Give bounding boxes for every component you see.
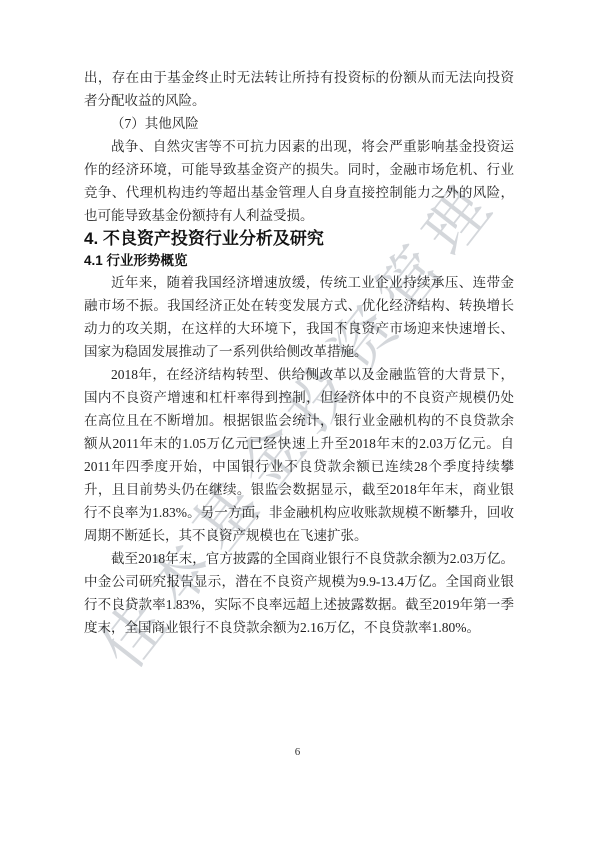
continuation-paragraph: 出，存在由于基金终止时无法转让所持有投资标的份额从而无法向投资者分配收益的风险。 xyxy=(84,66,514,112)
page-number: 6 xyxy=(0,746,595,758)
npl-2018-paragraph: 2018年，在经济结构转型、供给侧改革以及金融监管的大背景下，国内不良资产增速和… xyxy=(84,363,514,547)
other-risks-paragraph: 战争、自然灾害等不可抗力因素的出现，将会严重影响基金投资运作的经济环境，可能导致… xyxy=(84,135,514,227)
npl-disclosure-paragraph: 截至2018年末，官方披露的全国商业银行不良贷款余额为2.03万亿。中金公司研究… xyxy=(84,547,514,639)
subsection-heading: 4.1 行业形势概览 xyxy=(84,251,514,271)
industry-overview-paragraph: 近年来，随着我国经济增速放缓，传统工业企业持续承压、连带金融市场不振。我国经济正… xyxy=(84,271,514,363)
section-heading: 4. 不良资产投资行业分析及研究 xyxy=(84,227,514,251)
document-page: 佳本基金投资管理 出，存在由于基金终止时无法转让所持有投资标的份额从而无法向投资… xyxy=(0,0,595,842)
document-body: 出，存在由于基金终止时无法转让所持有投资标的份额从而无法向投资者分配收益的风险。… xyxy=(84,66,514,639)
other-risks-heading: （7）其他风险 xyxy=(84,112,514,135)
